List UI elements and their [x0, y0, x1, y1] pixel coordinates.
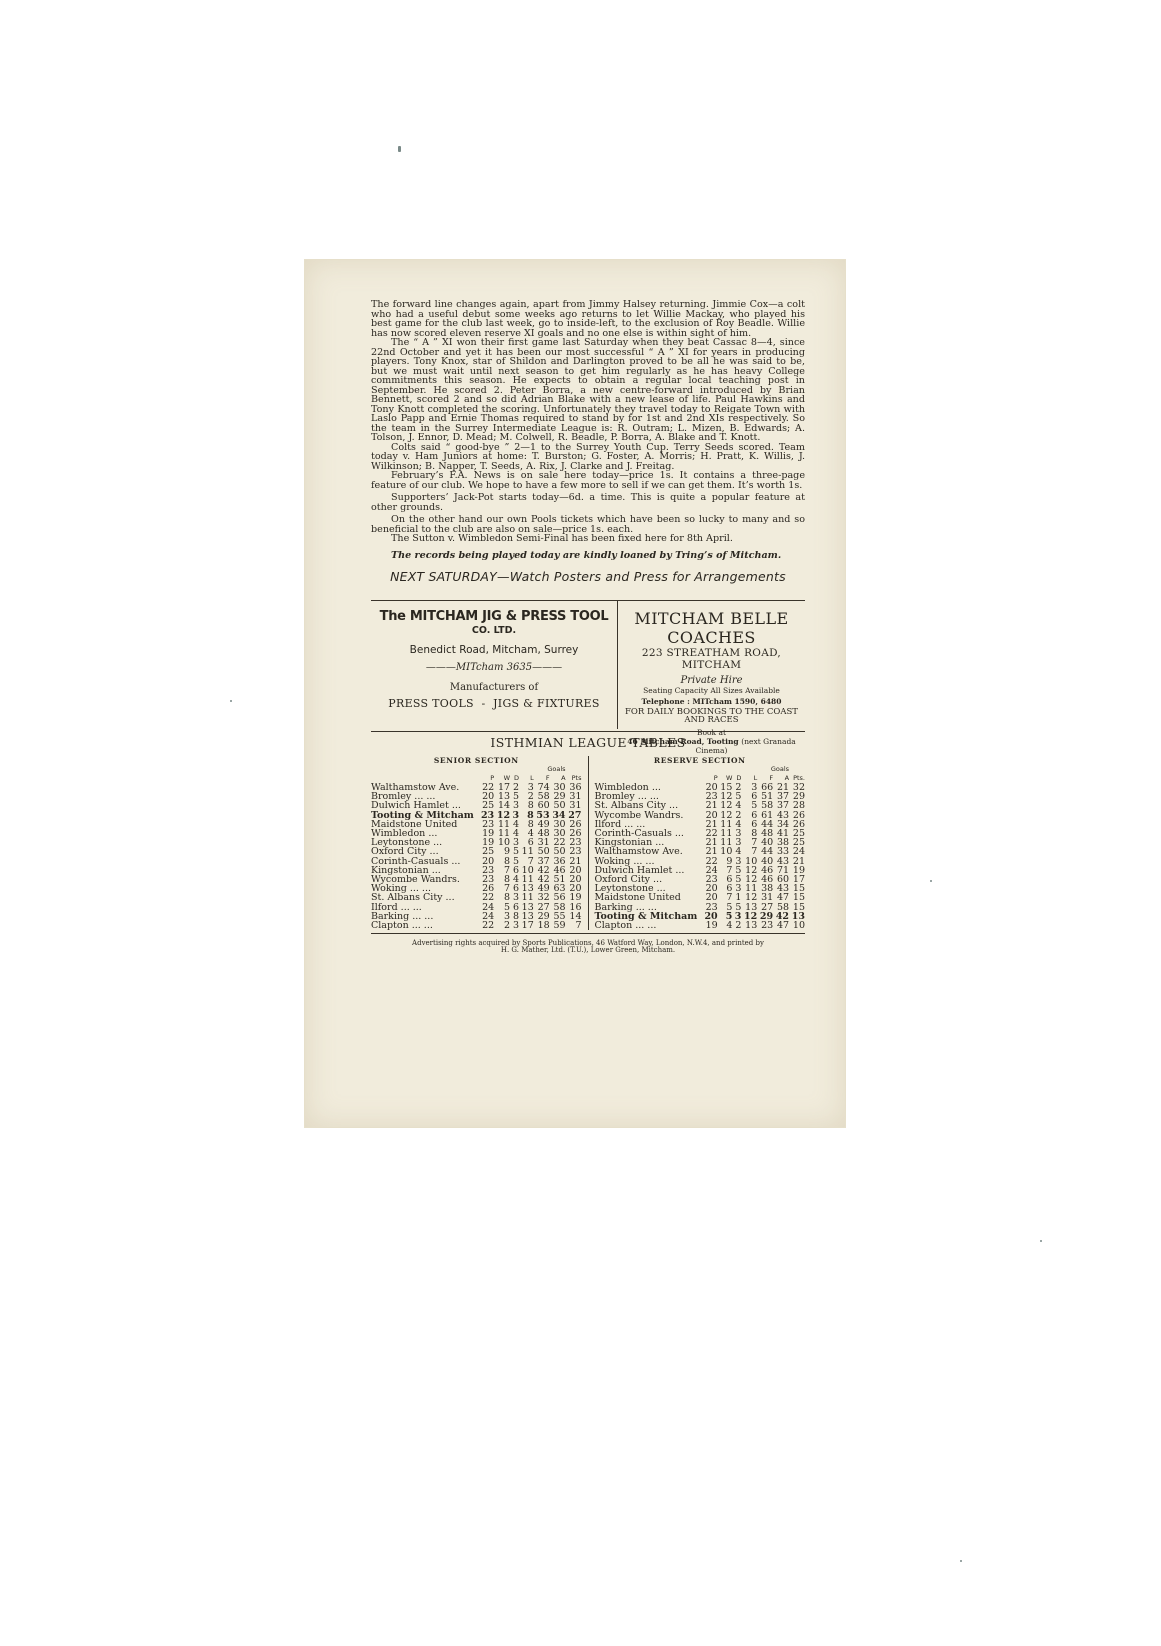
- ad-company: CO. LTD.: [371, 625, 617, 636]
- article-paragraph: The forward line changes again, apart fr…: [371, 300, 805, 338]
- article-paragraph: Colts said “ good-bye ” 2—1 to the Surre…: [371, 443, 805, 472]
- ad-private-hire: Private Hire: [618, 675, 805, 686]
- league-tables: SENIOR SECTION Goals P W D L F A Pts: [371, 756, 805, 931]
- ad-telephone: Telephone : MITcham 1590, 6480: [618, 697, 805, 706]
- paper-speck: [230, 700, 232, 702]
- ad-address: 223 STREATHAM ROAD, MITCHAM: [618, 647, 805, 671]
- divider: [371, 933, 805, 934]
- ad-products: PRESS TOOLS - JIGS & FIXTURES: [371, 697, 617, 710]
- cell-w: 2: [494, 921, 510, 930]
- cell-p: 19: [702, 921, 718, 930]
- programme-page: The forward line changes again, apart fr…: [304, 259, 846, 1128]
- paper-speck: [398, 146, 401, 152]
- cell-f: 23: [757, 921, 773, 930]
- ad-phone: ———MITcham 3635———: [371, 662, 617, 673]
- paper-speck: [1040, 1240, 1042, 1242]
- article-paragraph: Supporters’ Jack-Pot starts today—6d. a …: [371, 493, 805, 512]
- printer-footer: Advertising rights acquired by Sports Pu…: [371, 940, 805, 954]
- cell-pts: 10: [789, 921, 805, 930]
- table-row: Clapton ... ...194213234710: [595, 921, 806, 930]
- goals-header: Goals: [757, 765, 789, 774]
- senior-section: SENIOR SECTION Goals P W D L F A Pts: [371, 756, 589, 931]
- article-paragraph: February’s F.A. News is on sale here tod…: [371, 471, 805, 490]
- reserve-section: RESERVE SECTION Goals P W D L F A Pts.: [589, 756, 806, 931]
- table-row: Clapton ... ...22231718597: [371, 921, 582, 930]
- cell-f: 18: [534, 921, 550, 930]
- advertisements: The MITCHAM JIG & PRESS TOOL CO. LTD. Be…: [371, 601, 805, 729]
- jig-press-tool-ad: The MITCHAM JIG & PRESS TOOL CO. LTD. Be…: [371, 601, 618, 729]
- cell-a: 59: [550, 921, 566, 930]
- cell-d: 3: [510, 921, 519, 930]
- article-paragraph: The “ A ” XI won their first game last S…: [371, 338, 805, 443]
- paper-speck: [930, 880, 932, 882]
- cell-team: Clapton ... ...: [595, 921, 702, 930]
- senior-table: Goals P W D L F A Pts Walthamstow Ave.22: [371, 765, 582, 931]
- ad-daily-bookings: FOR DAILY BOOKINGS TO THE COAST AND RACE…: [618, 708, 805, 724]
- cell-pts: 7: [566, 921, 582, 930]
- ad-title: The MITCHAM JIG & PRESS TOOL: [371, 609, 617, 624]
- cell-w: 4: [718, 921, 733, 930]
- next-saturday-notice: NEXT SATURDAY—Watch Posters and Press fo…: [371, 569, 805, 584]
- article-paragraph: The Sutton v. Wimbledon Semi-Final has b…: [371, 534, 805, 544]
- ad-address: Benedict Road, Mitcham, Surrey: [371, 644, 617, 656]
- records-note: The records being played today are kindl…: [371, 550, 805, 561]
- footer-line: H. G. Mather, Ltd. (T.U.), Lower Green, …: [371, 947, 805, 954]
- ad-title: MITCHAM BELLE COACHES: [618, 609, 805, 647]
- paper-speck: [960, 1560, 962, 1562]
- page-content: The forward line changes again, apart fr…: [371, 300, 805, 954]
- cell-d: 2: [732, 921, 741, 930]
- belle-coaches-ad: MITCHAM BELLE COACHES 223 STREATHAM ROAD…: [618, 601, 805, 729]
- goals-header: Goals: [534, 765, 566, 774]
- cell-l: 17: [519, 921, 534, 930]
- cell-p: 22: [478, 921, 494, 930]
- section-title: RESERVE SECTION: [595, 756, 806, 765]
- article: The forward line changes again, apart fr…: [371, 300, 805, 544]
- reserve-table: Goals P W D L F A Pts. Wimbledon ...20: [595, 765, 806, 931]
- cell-team: Clapton ... ...: [371, 921, 478, 930]
- ad-capacity: Seating Capacity All Sizes Available: [618, 686, 805, 695]
- article-paragraph: On the other hand our own Pools tickets …: [371, 515, 805, 534]
- cell-l: 13: [741, 921, 757, 930]
- cell-a: 47: [773, 921, 789, 930]
- ad-manufacturers: Manufacturers of: [371, 682, 617, 693]
- section-title: SENIOR SECTION: [371, 756, 582, 765]
